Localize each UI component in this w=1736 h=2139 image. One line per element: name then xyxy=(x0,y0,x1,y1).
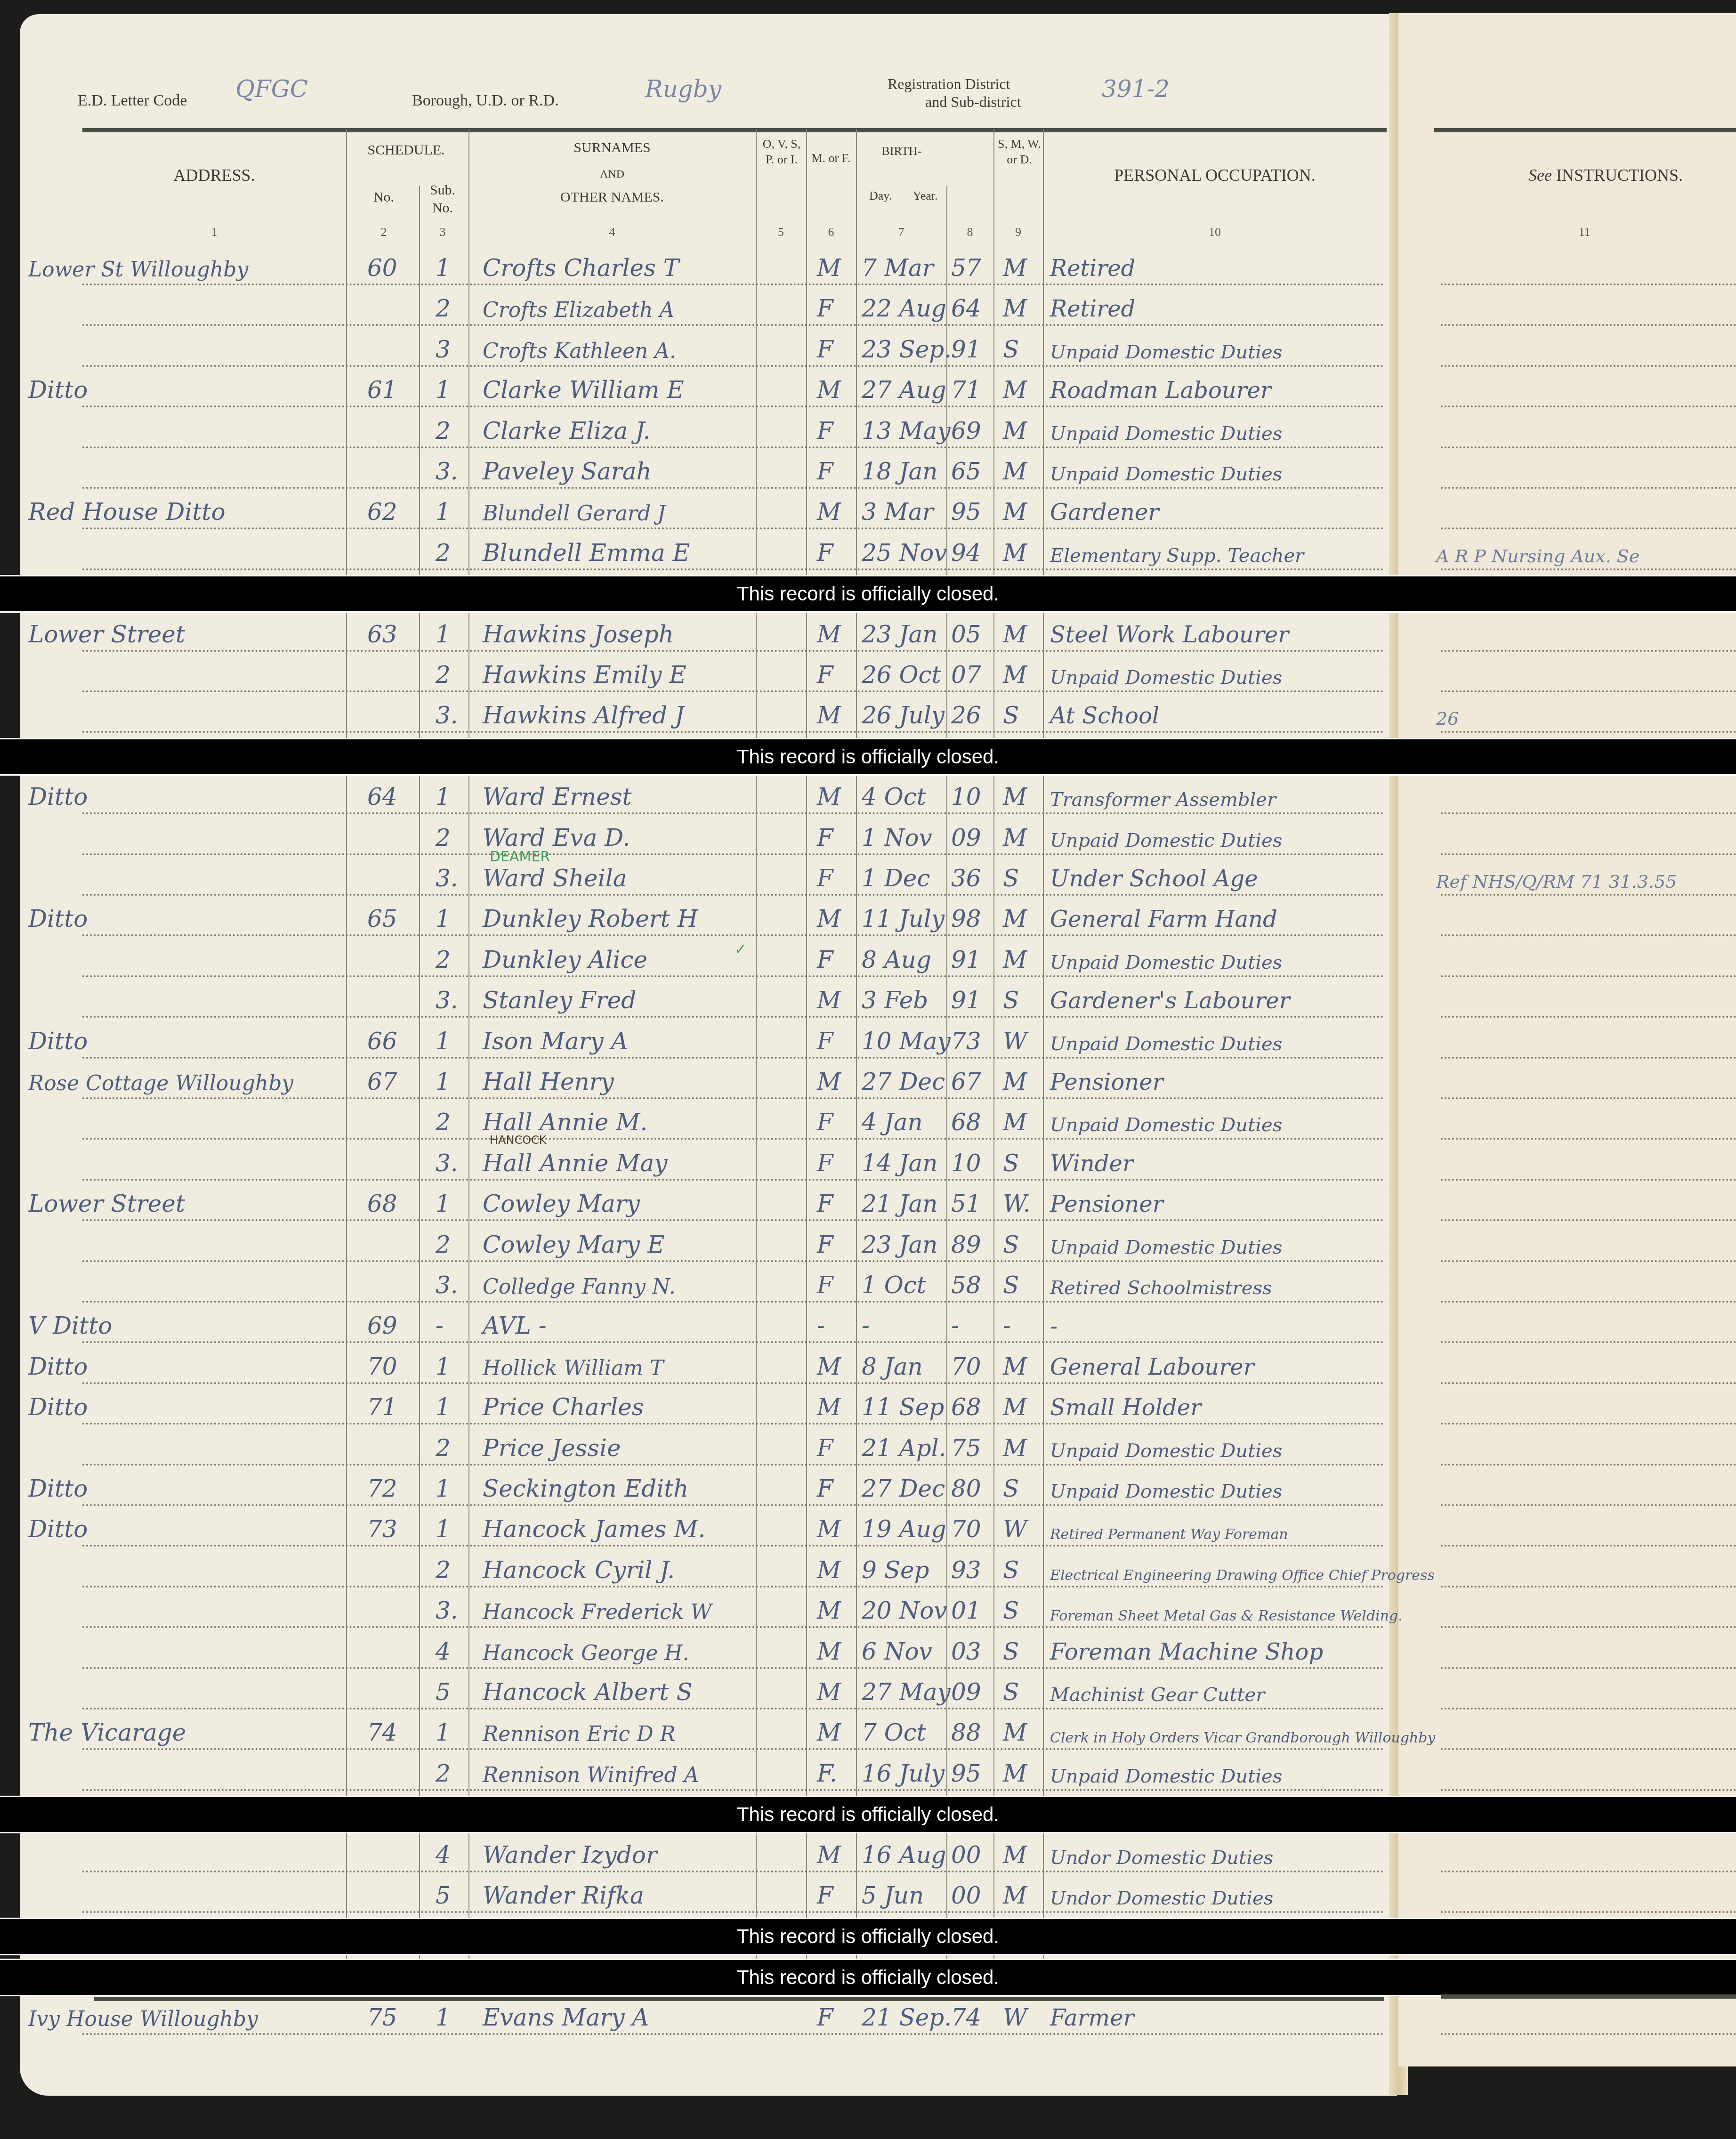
row-rule-right xyxy=(1441,1667,1736,1669)
person-name: Cowley Mary xyxy=(483,1190,640,1217)
birth-day: 16 Aug xyxy=(862,1841,946,1869)
row-address: Rose Cottage Willoughby xyxy=(28,1071,293,1095)
row-rule-right xyxy=(1441,284,1736,285)
row-rule-right xyxy=(1441,1097,1736,1099)
occupation: Unpaid Domestic Duties xyxy=(1050,1481,1282,1502)
person-name: Stanley Fred xyxy=(483,987,636,1014)
occupation: Unpaid Domestic Duties xyxy=(1050,1237,1282,1258)
occupation: Steel Work Labourer xyxy=(1050,622,1289,648)
schedule-sub-no: 3 xyxy=(436,336,451,363)
row-rule-right xyxy=(1441,894,1736,896)
birth-year: 51 xyxy=(951,1190,981,1217)
census-row: 2Hall Annie M.F4 Jan68MUnpaid Domestic D… xyxy=(0,1099,1394,1140)
col-address: ADDRESS. xyxy=(82,165,346,186)
marital-status: M xyxy=(1003,824,1027,851)
sex: F xyxy=(817,1272,833,1299)
marital-status: M xyxy=(1003,376,1027,404)
census-row: 3.Paveley SarahF18 Jan65MUnpaid Domestic… xyxy=(0,448,1394,489)
schedule-sub-no: 1 xyxy=(436,783,451,810)
schedule-sub-no: 2 xyxy=(436,1231,451,1258)
person-name: Hancock Frederick W xyxy=(483,1600,712,1624)
sex: F xyxy=(817,2004,833,2031)
census-row: 2Ward Eva D.F1 Nov09MUnpaid Domestic Dut… xyxy=(0,815,1394,855)
row-rule-right xyxy=(1441,1789,1736,1791)
person-name: Wander Rifka xyxy=(483,1882,644,1909)
schedule-sub-no: 4 xyxy=(436,1841,451,1869)
sex: F xyxy=(817,1434,833,1462)
birth-day: 13 May xyxy=(862,417,951,445)
birth-year: 57 xyxy=(951,254,981,282)
schedule-no: 72 xyxy=(367,1475,397,1502)
census-row: Ditto611Clarke William EM27 Aug71MRoadma… xyxy=(0,367,1394,407)
birth-year: 26 xyxy=(951,702,981,729)
birth-year: 00 xyxy=(951,1841,981,1869)
row-address: Lower St Willoughby xyxy=(28,258,248,282)
census-row: Ditto641Ward ErnestM4 Oct10MTransformer … xyxy=(0,774,1394,814)
row-rule xyxy=(82,1097,1384,1099)
col-surnames: SURNAMES xyxy=(468,139,756,157)
sex: M xyxy=(817,783,841,810)
birth-day: 23 Jan xyxy=(862,1231,938,1258)
col-marital: S, M, W. or D. xyxy=(996,137,1043,167)
person-name: Hawkins Emily E xyxy=(483,661,686,689)
row-rule xyxy=(82,446,1384,448)
birth-day: 8 Jan xyxy=(862,1353,923,1380)
birth-year: 74 xyxy=(951,2004,981,2031)
column-number: 1 xyxy=(82,225,346,239)
census-row: 3.Colledge Fanny N.F1 Oct58SRetired Scho… xyxy=(0,1262,1394,1303)
birth-day: 21 Apl. xyxy=(862,1434,946,1462)
birth-day: 27 Dec xyxy=(862,1475,945,1502)
schedule-sub-no: 1 xyxy=(436,1190,451,1217)
row-address: Ditto xyxy=(28,1515,88,1543)
person-name: Hancock Albert S xyxy=(483,1678,693,1706)
birth-day: 27 May xyxy=(862,1678,951,1706)
row-rule xyxy=(82,650,1384,652)
birth-day: 4 Oct xyxy=(862,783,926,810)
marital-status: S xyxy=(1003,1272,1019,1299)
sex: M xyxy=(817,1719,841,1746)
occupation: Machinist Gear Cutter xyxy=(1050,1684,1265,1706)
birth-day: 23 Jan xyxy=(862,621,938,648)
birth-day: 10 May xyxy=(862,1028,951,1055)
occupation: Under School Age xyxy=(1050,866,1258,892)
marital-status: M xyxy=(1003,1719,1027,1746)
registration-district-value: 391-2 xyxy=(1102,75,1170,103)
row-rule-right xyxy=(1441,1260,1736,1262)
col-birth: BIRTH- xyxy=(857,144,946,159)
schedule-sub-no: 3. xyxy=(436,1150,458,1177)
col-birth-day: Day. xyxy=(857,188,904,204)
row-rule-right xyxy=(1441,1871,1736,1872)
marital-status: M xyxy=(1003,1760,1027,1787)
sex: F xyxy=(817,295,833,322)
row-rule xyxy=(82,284,1384,285)
census-row: 2Hancock Cyril J.M9 Sep93SElectrical Eng… xyxy=(0,1547,1394,1588)
schedule-sub-no: 2 xyxy=(436,1556,451,1584)
occupation: Gardener's Labourer xyxy=(1050,988,1290,1014)
birth-day: 11 July xyxy=(862,905,945,932)
col-surnames-and: AND xyxy=(468,167,756,181)
census-row: 2Hawkins Emily EF26 Oct07MUnpaid Domesti… xyxy=(0,652,1394,692)
row-rule xyxy=(82,1301,1384,1303)
col-occupation: PERSONAL OCCUPATION. xyxy=(1045,165,1384,186)
birth-day: 23 Sep. xyxy=(862,336,952,363)
header-rule-right xyxy=(1434,128,1736,132)
schedule-sub-no: 1 xyxy=(436,1028,451,1055)
marital-status: M xyxy=(1003,458,1027,485)
birth-year: 95 xyxy=(951,1760,981,1787)
birth-year: 05 xyxy=(951,621,981,648)
marital-status: S xyxy=(1003,1475,1019,1502)
birth-year: 64 xyxy=(951,295,981,322)
census-row: V Ditto69-AVL ------ xyxy=(0,1303,1394,1343)
person-name: Ison Mary A xyxy=(483,1028,628,1055)
person-name: Clarke Eliza J. xyxy=(483,417,650,445)
census-row: 2Cowley Mary EF23 Jan89SUnpaid Domestic … xyxy=(0,1222,1394,1262)
marital-status: S xyxy=(1003,1231,1019,1258)
census-row: 3.Hawkins Alfred JM26 July26SAt School26 xyxy=(0,692,1394,733)
marital-status: S xyxy=(1003,336,1019,363)
birth-year: 69 xyxy=(951,417,981,445)
occupation: Unpaid Domestic Duties xyxy=(1050,1033,1282,1055)
col-ovspi: O, V, S, P. or I. xyxy=(758,137,805,167)
occupation: Unpaid Domestic Duties xyxy=(1050,830,1282,851)
schedule-no: 60 xyxy=(367,254,397,282)
schedule-sub-no: 1 xyxy=(436,498,451,526)
person-name: Hall Annie May xyxy=(483,1150,668,1177)
schedule-sub-no: 2 xyxy=(436,946,451,973)
row-rule-right xyxy=(1441,1016,1736,1018)
birth-day: 27 Dec xyxy=(862,1068,945,1095)
row-rule xyxy=(82,975,1384,977)
birth-day: 5 Jun xyxy=(862,1882,924,1909)
sex: M xyxy=(817,702,841,729)
census-page-right xyxy=(1398,13,1736,2066)
row-rule-right xyxy=(1441,527,1736,529)
borough-value: Rugby xyxy=(645,75,721,103)
marital-status: W xyxy=(1003,2004,1027,2031)
row-rule-right xyxy=(1441,853,1736,855)
birth-day: 3 Mar xyxy=(862,498,934,526)
birth-day: 27 Aug xyxy=(862,376,946,404)
person-name: Rennison Eric D R xyxy=(483,1722,676,1746)
person-name: Hawkins Joseph xyxy=(483,621,674,648)
row-rule-right xyxy=(1441,731,1736,733)
person-name: Colledge Fanny N. xyxy=(483,1275,676,1299)
footer-rule-right xyxy=(1441,1994,1736,1999)
row-rule-right xyxy=(1441,324,1736,326)
marital-status: M xyxy=(1003,498,1027,526)
occupation: Retired Schoolmistress xyxy=(1050,1277,1272,1299)
schedule-no: 65 xyxy=(367,905,397,932)
schedule-sub-no: 2 xyxy=(436,1109,451,1136)
row-rule xyxy=(82,1179,1384,1181)
marital-status: M xyxy=(1003,1109,1027,1136)
occupation: Unpaid Domestic Duties xyxy=(1050,463,1282,485)
occupation: - xyxy=(1050,1313,1058,1339)
marital-status: M xyxy=(1003,295,1027,322)
marital-status: M xyxy=(1003,783,1027,810)
census-row: 4Hancock George H.M6 Nov03SForeman Machi… xyxy=(0,1629,1394,1669)
redaction-bar: This record is officially closed. xyxy=(0,575,1736,613)
birth-year: 58 xyxy=(951,1272,981,1299)
marital-status: M xyxy=(1003,905,1027,932)
schedule-sub-no: 2 xyxy=(436,295,451,322)
census-row: Ditto661Ison Mary AF10 May73WUnpaid Dome… xyxy=(0,1018,1394,1059)
row-rule xyxy=(82,1708,1384,1710)
row-rule xyxy=(82,1586,1384,1588)
sex: F xyxy=(817,1231,833,1258)
row-annotation: HANCOCK xyxy=(490,1134,547,1147)
row-rule-right xyxy=(1441,1382,1736,1384)
schedule-sub-no: 1 xyxy=(436,1475,451,1502)
borough-label: Borough, U.D. or R.D. xyxy=(412,92,559,110)
schedule-no: 73 xyxy=(367,1515,397,1543)
schedule-no: 62 xyxy=(367,498,397,526)
marital-status: M xyxy=(1003,1394,1027,1421)
marital-status: M xyxy=(1003,621,1027,648)
birth-day: 19 Aug xyxy=(862,1515,946,1543)
row-rule xyxy=(82,1504,1384,1506)
schedule-sub-no: 3. xyxy=(436,865,458,892)
marital-status: M xyxy=(1003,661,1027,689)
occupation: Transformer Assembler xyxy=(1050,789,1276,810)
birth-day: 6 Nov xyxy=(862,1638,932,1665)
birth-year: 93 xyxy=(951,1556,981,1584)
sex: M xyxy=(817,498,841,526)
person-name: Hawkins Alfred J xyxy=(483,702,684,729)
col-schedule-sub-no: Sub. No. xyxy=(419,181,466,217)
schedule-sub-no: 1 xyxy=(436,254,451,282)
schedule-no: 75 xyxy=(367,2004,397,2031)
row-address: Ditto xyxy=(28,783,88,810)
row-rule-right xyxy=(1441,1464,1736,1466)
birth-day: 3 Feb xyxy=(862,987,928,1014)
col-sex: M. or F. xyxy=(807,151,855,166)
column-number: 4 xyxy=(468,225,756,239)
sex: F xyxy=(817,458,833,485)
person-name: Price Jessie xyxy=(483,1434,621,1462)
sex: F xyxy=(817,539,833,567)
marital-status: S xyxy=(1003,865,1019,892)
person-name: Hall Henry xyxy=(483,1068,614,1095)
birth-year: 75 xyxy=(951,1434,981,1462)
row-rule xyxy=(82,1545,1384,1547)
marital-status: M xyxy=(1003,1434,1027,1462)
schedule-no: 64 xyxy=(367,783,397,810)
birth-day: 22 Aug xyxy=(862,295,946,322)
census-row: 2Dunkley AliceF8 Aug91MUnpaid Domestic D… xyxy=(0,937,1394,977)
occupation: Elementary Supp. Teacher xyxy=(1050,545,1304,567)
person-name: Cowley Mary E xyxy=(483,1231,664,1258)
schedule-sub-no: 1 xyxy=(436,621,451,648)
person-name: Clarke William E xyxy=(483,376,684,404)
sex: M xyxy=(817,1068,841,1095)
schedule-sub-no: 1 xyxy=(436,1353,451,1380)
col-schedule: SCHEDULE. xyxy=(348,141,464,159)
occupation: Unpaid Domestic Duties xyxy=(1050,1440,1282,1462)
birth-day: 20 Nov xyxy=(862,1597,947,1624)
row-rule-right xyxy=(1441,1179,1736,1181)
census-row: The Vicarage741Rennison Eric D RM7 Oct88… xyxy=(0,1710,1394,1750)
birth-year: 07 xyxy=(951,661,981,689)
census-row: Ditto711Price CharlesM11 Sep68MSmall Hol… xyxy=(0,1384,1394,1425)
birth-day: 26 July xyxy=(862,702,945,729)
sex: F xyxy=(817,946,833,973)
birth-day: 21 Jan xyxy=(862,1190,938,1217)
row-address: Ditto xyxy=(28,376,88,404)
sex: M xyxy=(817,1841,841,1869)
occupation: Unpaid Domestic Duties xyxy=(1050,341,1282,363)
row-rule-right xyxy=(1441,568,1736,570)
sex: M xyxy=(817,1394,841,1421)
marital-status: S xyxy=(1003,987,1019,1014)
person-name: Ward Eva D. xyxy=(483,824,630,851)
occupation: Foreman Sheet Metal Gas & Resistance Wel… xyxy=(1050,1608,1403,1624)
census-row: 3.Stanley FredM3 Feb91SGardener's Labour… xyxy=(0,977,1394,1018)
row-rule-right xyxy=(1441,1504,1736,1506)
marital-status: M xyxy=(1003,1841,1027,1869)
census-row: Lower Street631Hawkins JosephM23 Jan05MS… xyxy=(0,611,1394,652)
row-rule-right xyxy=(1441,690,1736,692)
marital-status: S xyxy=(1003,1597,1019,1624)
registration-district-label: Registration District xyxy=(888,75,1010,93)
col-instructions: See INSTRUCTIONS. xyxy=(1507,165,1704,186)
row-rule-right xyxy=(1441,1586,1736,1588)
header-rule xyxy=(82,128,1387,132)
col-instructions-label: INSTRUCTIONS. xyxy=(1556,166,1683,185)
instructions-note: Ref NHS/Q/RM 71 31.3.55 xyxy=(1436,871,1677,892)
sex: M xyxy=(817,621,841,648)
row-rule xyxy=(82,1057,1384,1059)
row-rule-right xyxy=(1441,2033,1736,2035)
redaction-bar: This record is officially closed. xyxy=(0,1796,1736,1833)
census-row: 4Wander IzydorM16 Aug00MUndor Domestic D… xyxy=(0,1832,1394,1872)
sex: F xyxy=(817,865,833,892)
occupation: Retired Permanent Way Foreman xyxy=(1050,1526,1288,1543)
sex: M xyxy=(817,376,841,404)
schedule-sub-no: 1 xyxy=(436,1719,451,1746)
birth-day: 25 Nov xyxy=(862,539,947,567)
row-rule-right xyxy=(1441,1219,1736,1221)
birth-year: 67 xyxy=(951,1068,981,1095)
occupation: Unpaid Domestic Duties xyxy=(1050,667,1282,689)
schedule-no: 71 xyxy=(367,1394,397,1421)
occupation: Unpaid Domestic Duties xyxy=(1050,423,1282,445)
row-rule xyxy=(82,324,1384,326)
instructions-note: A R P Nursing Aux. Se xyxy=(1436,546,1639,567)
birth-year: 01 xyxy=(951,1597,981,1624)
occupation: Retired xyxy=(1050,255,1135,282)
marital-status: M xyxy=(1003,254,1027,282)
person-name: Rennison Winifred A xyxy=(483,1763,699,1787)
birth-day: - xyxy=(862,1312,870,1339)
occupation: Undor Domestic Duties xyxy=(1050,1888,1273,1909)
col-schedule-no: No. xyxy=(348,188,419,206)
row-rule xyxy=(82,568,1384,570)
census-row: 2Blundell Emma EF25 Nov94MElementary Sup… xyxy=(0,530,1394,570)
occupation: At School xyxy=(1050,703,1159,729)
row-rule xyxy=(82,934,1384,936)
row-rule-right xyxy=(1441,975,1736,977)
birth-year: 94 xyxy=(951,539,981,567)
birth-day: 7 Mar xyxy=(862,254,934,282)
birth-day: 1 Nov xyxy=(862,824,932,851)
sex: F xyxy=(817,824,833,851)
person-name: Ward Sheila xyxy=(483,865,627,892)
schedule-sub-no: 2 xyxy=(436,661,451,689)
census-row: Ditto721Seckington EdithF27 Dec80SUnpaid… xyxy=(0,1466,1394,1506)
birth-day: 26 Oct xyxy=(862,661,941,689)
row-address: Ditto xyxy=(28,1475,88,1502)
sub-district-label: and Sub-district xyxy=(925,93,1021,111)
row-rule xyxy=(82,731,1384,733)
birth-year: 10 xyxy=(951,783,981,810)
schedule-no: 67 xyxy=(367,1068,397,1095)
row-rule xyxy=(82,2033,1384,2035)
sex: F xyxy=(817,1150,833,1177)
census-row: Lower St Willoughby601Crofts Charles TM7… xyxy=(0,245,1394,285)
row-rule xyxy=(82,853,1384,855)
column-number: 7 xyxy=(856,225,946,239)
person-name: Dunkley Alice xyxy=(483,946,647,973)
schedule-sub-no: 2 xyxy=(436,539,451,567)
census-row: 3.Hancock Frederick WM20 Nov01SForeman S… xyxy=(0,1588,1394,1628)
row-rule xyxy=(82,1667,1384,1669)
column-number: 6 xyxy=(806,225,856,239)
row-annotation: ✓ xyxy=(735,941,746,958)
column-number: 3 xyxy=(419,225,466,239)
redaction-bar: This record is officially closed. xyxy=(0,1918,1736,1955)
schedule-sub-no: 5 xyxy=(436,1678,451,1706)
instructions-note: 26 xyxy=(1436,708,1459,729)
row-rule-right xyxy=(1441,1138,1736,1140)
schedule-sub-no: 2 xyxy=(436,1434,451,1462)
sex: M xyxy=(817,905,841,932)
sex: M xyxy=(817,1556,841,1584)
row-rule-right xyxy=(1441,1911,1736,1913)
person-name: Wander Izydor xyxy=(483,1841,657,1869)
person-name: Blundell Emma E xyxy=(483,539,690,567)
census-row: Ditto731Hancock James M.M19 Aug70WRetire… xyxy=(0,1506,1394,1547)
birth-day: 7 Oct xyxy=(862,1719,926,1746)
occupation: Undor Domestic Duties xyxy=(1050,1847,1273,1869)
birth-year: 71 xyxy=(951,376,981,404)
birth-year: 03 xyxy=(951,1638,981,1665)
row-rule-right xyxy=(1441,1341,1736,1343)
sex: - xyxy=(817,1312,825,1339)
occupation: Farmer xyxy=(1050,2005,1134,2031)
schedule-sub-no: 2 xyxy=(436,824,451,851)
row-rule-right xyxy=(1441,1748,1736,1750)
row-rule xyxy=(82,1341,1384,1343)
birth-year: 36 xyxy=(951,865,981,892)
census-row: 3.Hall Annie MayF14 Jan10SWinderHANCOCK xyxy=(0,1140,1394,1181)
row-rule xyxy=(82,487,1384,489)
census-row: 3Crofts Kathleen A.F23 Sep.91SUnpaid Dom… xyxy=(0,326,1394,367)
schedule-no: 68 xyxy=(367,1190,397,1217)
occupation: Clerk in Holy Orders Vicar Grandborough … xyxy=(1050,1730,1436,1746)
birth-year: 68 xyxy=(951,1109,981,1136)
ed-letter-code-value: QFGC xyxy=(235,75,308,103)
marital-status: M xyxy=(1003,417,1027,445)
person-name: Dunkley Robert H xyxy=(483,905,698,932)
sex: M xyxy=(817,254,841,282)
marital-status: M xyxy=(1003,1353,1027,1380)
census-row: Red House Ditto621Blundell Gerard JM3 Ma… xyxy=(0,489,1394,529)
row-address: Ditto xyxy=(28,905,88,932)
